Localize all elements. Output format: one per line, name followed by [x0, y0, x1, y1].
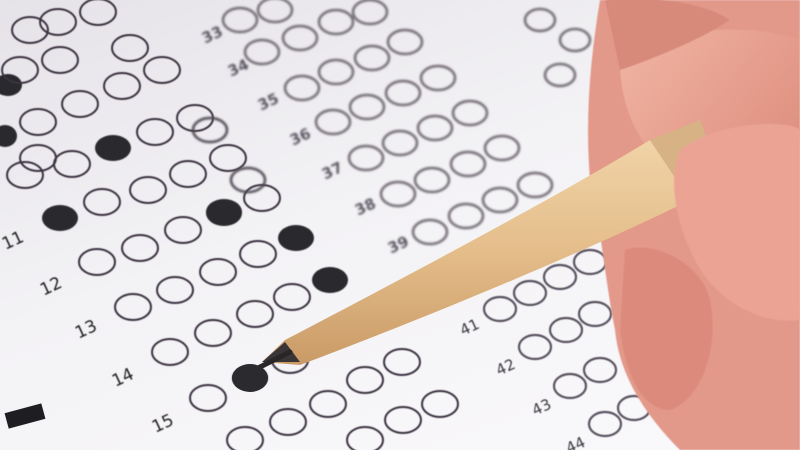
svg-text:35: 35	[255, 89, 282, 114]
row-number-11: 11	[0, 227, 27, 254]
svg-text:44: 44	[563, 433, 588, 450]
svg-text:39: 39	[385, 232, 412, 257]
timing-mark	[5, 403, 46, 428]
svg-text:42: 42	[493, 355, 518, 379]
answer-sheet: 11 12 13 14 15	[0, 0, 800, 450]
svg-text:36: 36	[287, 124, 314, 149]
photo-scene: 11 12 13 14 15	[0, 0, 800, 450]
row-number-14: 14	[109, 364, 137, 391]
row-number-13: 13	[72, 316, 100, 343]
row-number-15: 15	[149, 410, 177, 437]
svg-text:43: 43	[529, 395, 554, 419]
svg-text:38: 38	[352, 194, 379, 219]
svg-text:37: 37	[319, 158, 346, 183]
svg-text:33: 33	[199, 22, 226, 47]
row-number-12: 12	[37, 273, 65, 300]
svg-text:41: 41	[457, 315, 482, 339]
